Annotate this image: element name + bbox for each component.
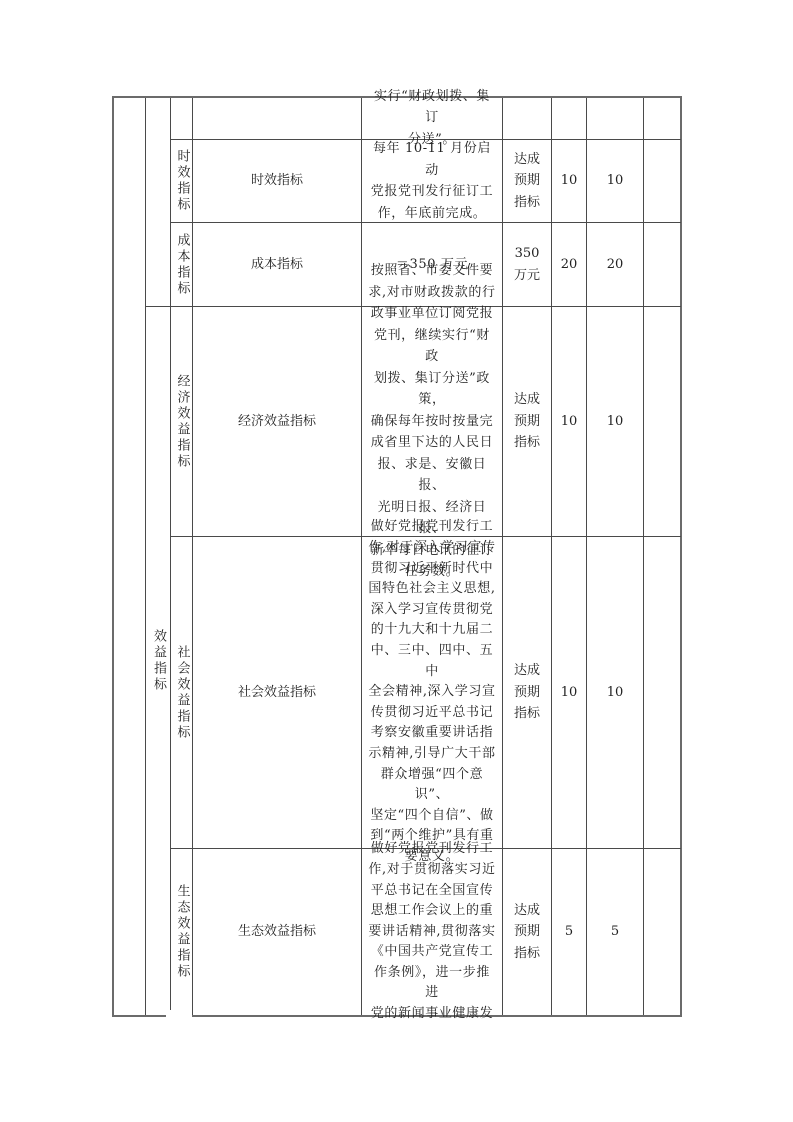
target-cell: 实行“财政划拨、集订 分送”。	[362, 97, 502, 139]
level3-label: 时效指标	[175, 149, 189, 213]
target-line: 划拨、集订分送”政策，	[368, 368, 496, 411]
target-line: 党的新闻事业健康发	[371, 1004, 493, 1025]
target-line: 党报党刊发行征订工	[371, 181, 493, 203]
level3-label: 社会效益指标	[175, 645, 189, 741]
weight-cell: 10	[552, 537, 586, 848]
target-line: 作，年底前完成。	[378, 203, 487, 225]
level3-cell: 社会效益指标	[171, 537, 192, 848]
target-line: 传贯彻习近平总书记	[371, 703, 493, 724]
actual-line: 预期	[514, 921, 540, 943]
target-line: 全会精神,深入学习宣	[368, 682, 495, 703]
actual-line: 万元	[514, 265, 540, 287]
level3-cell: 成本指标	[171, 223, 192, 306]
target-line: 考察安徽重要讲话指	[371, 723, 493, 744]
actual-line: 指标	[514, 432, 540, 454]
weight-cell: 10	[552, 140, 586, 222]
level3-cell: 时效指标	[171, 140, 192, 222]
indicator-name: 时效指标	[251, 170, 303, 192]
level3-label: 成本指标	[175, 233, 189, 297]
actual-line: 350	[515, 243, 540, 265]
score-cell: 20	[587, 223, 643, 306]
target-line: 做好党报党刊发行工	[371, 839, 493, 860]
actual-line: 达成	[514, 660, 540, 682]
target-line: 党刊，继续实行“财政	[368, 325, 496, 368]
target-line: 深入学习宣传贯彻党	[371, 600, 493, 621]
indicator-cell: 成本指标	[193, 223, 361, 306]
table-border-left	[112, 96, 114, 1016]
target-line: 的十九大和十九届二	[371, 620, 493, 641]
target-line: 贯彻习近平新时代中	[371, 559, 493, 580]
target-cell: 做好党报党刊发行工 作,对于贯彻落实习近 平总书记在全国宣传 思想工作会议上的重…	[362, 849, 502, 1015]
level3-cell: 生态效益指标	[171, 849, 192, 1015]
actual-cell: 达成 预期 指标	[503, 307, 551, 536]
target-line: 成省里下达的人民日	[371, 432, 493, 454]
actual-line: 指标	[514, 192, 540, 214]
target-line: 确保每年按时按量完	[371, 411, 493, 433]
actual-line: 指标	[514, 703, 540, 725]
target-line: 中、三中、四中、五中	[368, 641, 496, 682]
target-line: 要讲话精神,贯彻落实	[368, 922, 495, 943]
target-line: 报、求是、安徽日报、	[368, 454, 496, 497]
actual-cell: 达成 预期 指标	[503, 849, 551, 1015]
actual-line: 预期	[514, 411, 540, 433]
target-line: 作,对于深入学习宣传	[368, 538, 495, 559]
weight-cell: 10	[552, 307, 586, 536]
weight-cell: 20	[552, 223, 586, 306]
document-page: 实行“财政划拨、集订 分送”。 时效指标 时效指标 每年 10-11 月份启动 …	[0, 0, 793, 1122]
score-cell: 10	[587, 537, 643, 848]
indicator-name: 生态效益指标	[238, 921, 316, 943]
score-cell: 5	[587, 849, 643, 1015]
table-border-right	[680, 96, 682, 1016]
actual-line: 预期	[514, 682, 540, 704]
target-cell: 按照省、市委文件要 求,对市财政拨款的行 政事业单位订阅党报 党刊，继续实行“财…	[362, 307, 502, 536]
indicator-cell: 时效指标	[193, 140, 361, 222]
target-line: 国特色社会主义思想,	[368, 579, 495, 600]
target-line: 作,对于贯彻落实习近	[368, 860, 495, 881]
actual-cell: 达成 预期 指标	[503, 537, 551, 848]
weight-cell: 5	[552, 849, 586, 1015]
indicator-name: 社会效益指标	[238, 682, 316, 704]
actual-line: 达成	[514, 389, 540, 411]
actual-cell: 350 万元	[503, 223, 551, 306]
target-line: 按照省、市委文件要	[371, 260, 493, 282]
level2-label: 效益指标	[151, 629, 165, 693]
target-line: 做好党报党刊发行工	[371, 517, 493, 538]
target-line: 平总书记在全国宣传	[371, 881, 493, 902]
target-cell: 做好党报党刊发行工 作,对于深入学习宣传 贯彻习近平新时代中 国特色社会主义思想…	[362, 537, 502, 848]
target-line: 示精神,引导广大干部	[368, 744, 495, 765]
indicator-name: 经济效益指标	[238, 411, 316, 433]
level2-cell: 效益指标	[146, 307, 170, 1015]
target-line: 《中国共产党宣传工	[371, 942, 493, 963]
actual-line: 达成	[514, 149, 540, 171]
actual-line: 达成	[514, 900, 540, 922]
indicator-cell: 生态效益指标	[193, 849, 361, 1015]
score-cell: 10	[587, 140, 643, 222]
level3-label: 经济效益指标	[175, 374, 189, 470]
actual-cell: 达成 预期 指标	[503, 140, 551, 222]
level3-cell: 经济效益指标	[171, 307, 192, 536]
indicator-cell: 经济效益指标	[193, 307, 361, 536]
target-line: 每年 10-11 月份启动	[368, 138, 496, 181]
actual-line: 指标	[514, 943, 540, 965]
indicator-name: 成本指标	[251, 254, 303, 276]
target-line: 作条例》，进一步推进	[368, 963, 496, 1004]
target-line: 群众增强“四个意识”、	[368, 765, 496, 806]
table-border-bottom	[112, 1015, 166, 1017]
actual-line: 预期	[514, 170, 540, 192]
target-line: 坚定“四个自信”、做	[370, 806, 493, 827]
target-line: 思想工作会议上的重	[371, 901, 493, 922]
level3-label: 生态效益指标	[175, 884, 189, 980]
indicator-cell: 社会效益指标	[193, 537, 361, 848]
score-cell: 10	[587, 307, 643, 536]
target-line: 政事业单位订阅党报	[371, 303, 493, 325]
col-line	[643, 96, 644, 1016]
target-line: 实行“财政划拨、集订	[368, 86, 496, 129]
target-line: 求,对市财政拨款的行	[368, 282, 495, 304]
target-cell: 每年 10-11 月份启动 党报党刊发行征订工 作，年底前完成。	[362, 140, 502, 222]
